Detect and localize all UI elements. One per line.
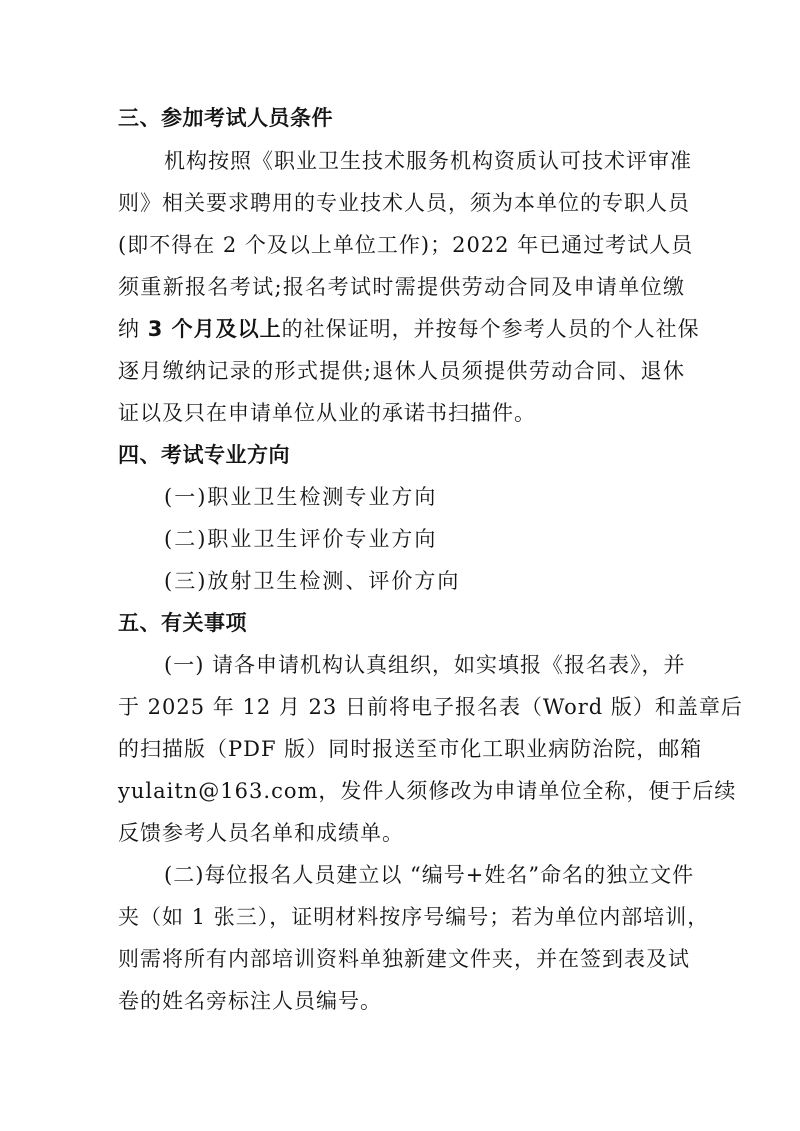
section-heading-3: 三、参加考试人员条件 — [118, 103, 685, 133]
paragraph-line: 证以及只在申请单位从业的承诺书扫描件。 — [118, 398, 685, 428]
paragraph-line: 机构按照《职业卫生技术服务机构资质认可技术评审准 — [164, 146, 685, 176]
list-item: (三)放射卫生检测、评价方向 — [164, 566, 460, 596]
paragraph-line: 于 2025 年 12 月 23 日前将电子报名表（Word 版）和盖章后 — [118, 692, 685, 722]
paragraph-line: 纳 3 个月及以上的社保证明，并按每个参考人员的个人社保 — [118, 314, 685, 344]
list-item: (二)职业卫生评价专业方向 — [164, 524, 437, 554]
paragraph-line: 夹（如 1 张三），证明材料按序号编号；若为单位内部培训， — [118, 902, 685, 932]
emphasized-text: 3 个月及以上 — [148, 317, 282, 341]
paragraph-line: 卷的姓名旁标注人员编号。 — [118, 986, 685, 1016]
list-item: (一)职业卫生检测专业方向 — [164, 482, 437, 512]
paragraph-line: 逐月缴纳记录的形式提供;退休人员须提供劳动合同、退休 — [118, 356, 685, 386]
paragraph-line: 则需将所有内部培训资料单独新建文件夹，并在签到表及试 — [118, 944, 685, 974]
paragraph-line: 须重新报名考试;报名考试时需提供劳动合同及申请单位缴 — [118, 272, 685, 302]
text-run: 的社保证明，并按每个参考人员的个人社保 — [282, 317, 700, 341]
paragraph-line: 反馈参考人员名单和成绩单。 — [118, 818, 685, 848]
section-heading-4: 四、考试专业方向 — [118, 440, 685, 470]
paragraph-line: (即不得在 2 个及以上单位工作)；2022 年已通过考试人员 — [118, 230, 685, 260]
text-run: 纳 — [118, 317, 148, 341]
paragraph-line: (一) 请各申请机构认真组织，如实填报《报名表》，并 — [164, 650, 685, 680]
paragraph-line: (二)每位报名人员建立以 “编号+姓名”命名的独立文件 — [164, 860, 685, 890]
paragraph-line: yulaitn@163.com，发件人须修改为申请单位全称，便于后续 — [118, 776, 685, 806]
document-page: 三、参加考试人员条件 机构按照《职业卫生技术服务机构资质认可技术评审准 则》相关… — [0, 0, 800, 1131]
paragraph-line: 则》相关要求聘用的专业技术人员，须为本单位的专职人员 — [118, 188, 685, 218]
section-heading-5: 五、有关事项 — [118, 608, 685, 638]
paragraph-line: 的扫描版（PDF 版）同时报送至市化工职业病防治院，邮箱 — [118, 734, 685, 764]
